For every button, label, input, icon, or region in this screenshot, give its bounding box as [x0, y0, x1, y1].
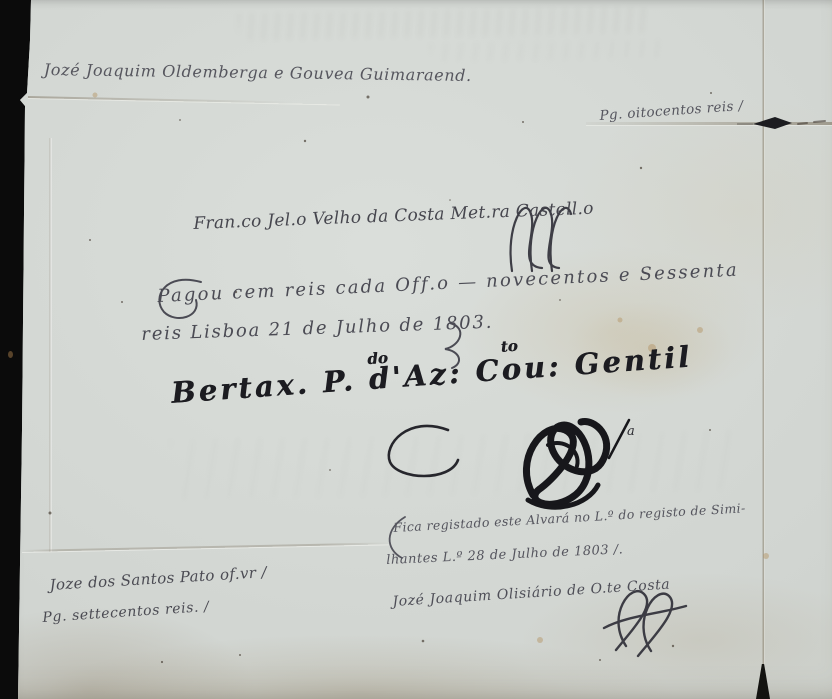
signature-underloop	[378, 420, 470, 486]
registrar-paraph-flourish	[596, 576, 701, 664]
rubric-letter-mark: a	[627, 424, 635, 439]
signature-superscript-do: do	[367, 349, 389, 368]
crease-ink-blot	[735, 112, 832, 138]
signature-rubric-scribble	[503, 400, 643, 518]
signature-superscript-to: to	[500, 337, 518, 356]
photograph-frame: Jozé Joaquim Oldemberga e Gouvea Guimara…	[0, 0, 832, 699]
